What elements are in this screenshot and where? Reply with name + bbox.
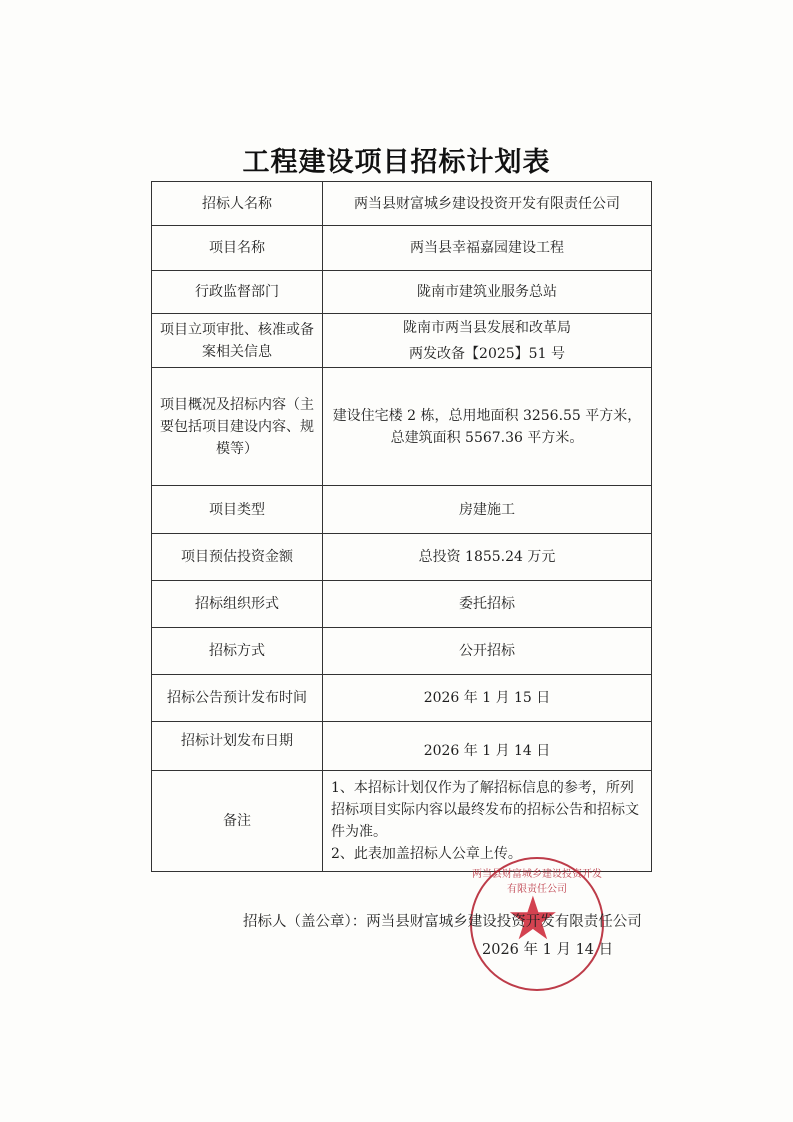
page-title: 工程建设项目招标计划表 [0, 140, 793, 179]
table-row: 项目类型 房建施工 [152, 486, 652, 534]
table-row: 项目名称 两当县幸福嘉园建设工程 [152, 226, 652, 271]
row-value: 陇南市两当县发展和改革局 两发改备【2025】51 号 [323, 314, 652, 368]
row-value: 房建施工 [323, 486, 652, 534]
row-value: 陇南市建筑业服务总站 [323, 271, 652, 314]
row-label: 项目名称 [152, 226, 323, 271]
row-label: 招标公告预计发布时间 [152, 675, 323, 722]
row-label: 招标人名称 [152, 182, 323, 226]
row-label: 招标计划发布日期 [152, 722, 323, 771]
table-row: 招标组织形式 委托招标 [152, 581, 652, 628]
row-value: 委托招标 [323, 581, 652, 628]
row-value: 2026 年 1 月 15 日 [323, 675, 652, 722]
row-value: 总投资 1855.24 万元 [323, 534, 652, 581]
table-row: 项目概况及招标内容（主要包括项目建设内容、规模等） 建设住宅楼 2 栋，总用地面… [152, 368, 652, 486]
row-label: 项目概况及招标内容（主要包括项目建设内容、规模等） [152, 368, 323, 486]
bidding-plan-table: 招标人名称 两当县财富城乡建设投资开发有限责任公司 项目名称 两当县幸福嘉园建设… [151, 181, 652, 872]
row-label: 项目预估投资金额 [152, 534, 323, 581]
table-row: 招标人名称 两当县财富城乡建设投资开发有限责任公司 [152, 182, 652, 226]
row-value: 公开招标 [323, 628, 652, 675]
table-row: 备注 1、本招标计划仅作为了解招标信息的参考，所列招标项目实际内容以最终发布的招… [152, 771, 652, 872]
table-row: 项目立项审批、核准或备案相关信息 陇南市两当县发展和改革局 两发改备【2025】… [152, 314, 652, 368]
table-row: 招标方式 公开招标 [152, 628, 652, 675]
row-label: 招标组织形式 [152, 581, 323, 628]
row-value: 2026 年 1 月 14 日 [323, 722, 652, 771]
table-row: 行政监督部门 陇南市建筑业服务总站 [152, 271, 652, 314]
table-row: 项目预估投资金额 总投资 1855.24 万元 [152, 534, 652, 581]
remark-line: 1、本招标计划仅作为了解招标信息的参考，所列招标项目实际内容以最终发布的招标公告… [331, 777, 643, 843]
table-row: 招标计划发布日期 2026 年 1 月 14 日 [152, 722, 652, 771]
row-label: 项目立项审批、核准或备案相关信息 [152, 314, 323, 368]
row-value: 两当县幸福嘉园建设工程 [323, 226, 652, 271]
row-label: 招标方式 [152, 628, 323, 675]
value-line: 陇南市两当县发展和改革局 [329, 317, 645, 339]
row-value: 两当县财富城乡建设投资开发有限责任公司 [323, 182, 652, 226]
signer-line: 招标人（盖公章）：两当县财富城乡建设投资开发有限责任公司 [243, 910, 642, 931]
row-label: 项目类型 [152, 486, 323, 534]
sign-date: 2026 年 1 月 14 日 [482, 938, 613, 959]
remark-line: 2、此表加盖招标人公章上传。 [331, 843, 643, 865]
value-line: 两发改备【2025】51 号 [329, 343, 645, 365]
table-row: 招标公告预计发布时间 2026 年 1 月 15 日 [152, 675, 652, 722]
row-label: 行政监督部门 [152, 271, 323, 314]
row-label: 备注 [152, 771, 323, 872]
row-value: 建设住宅楼 2 栋，总用地面积 3256.55 平方米，总建筑面积 5567.3… [323, 368, 652, 486]
remarks-value: 1、本招标计划仅作为了解招标信息的参考，所列招标项目实际内容以最终发布的招标公告… [323, 771, 652, 872]
